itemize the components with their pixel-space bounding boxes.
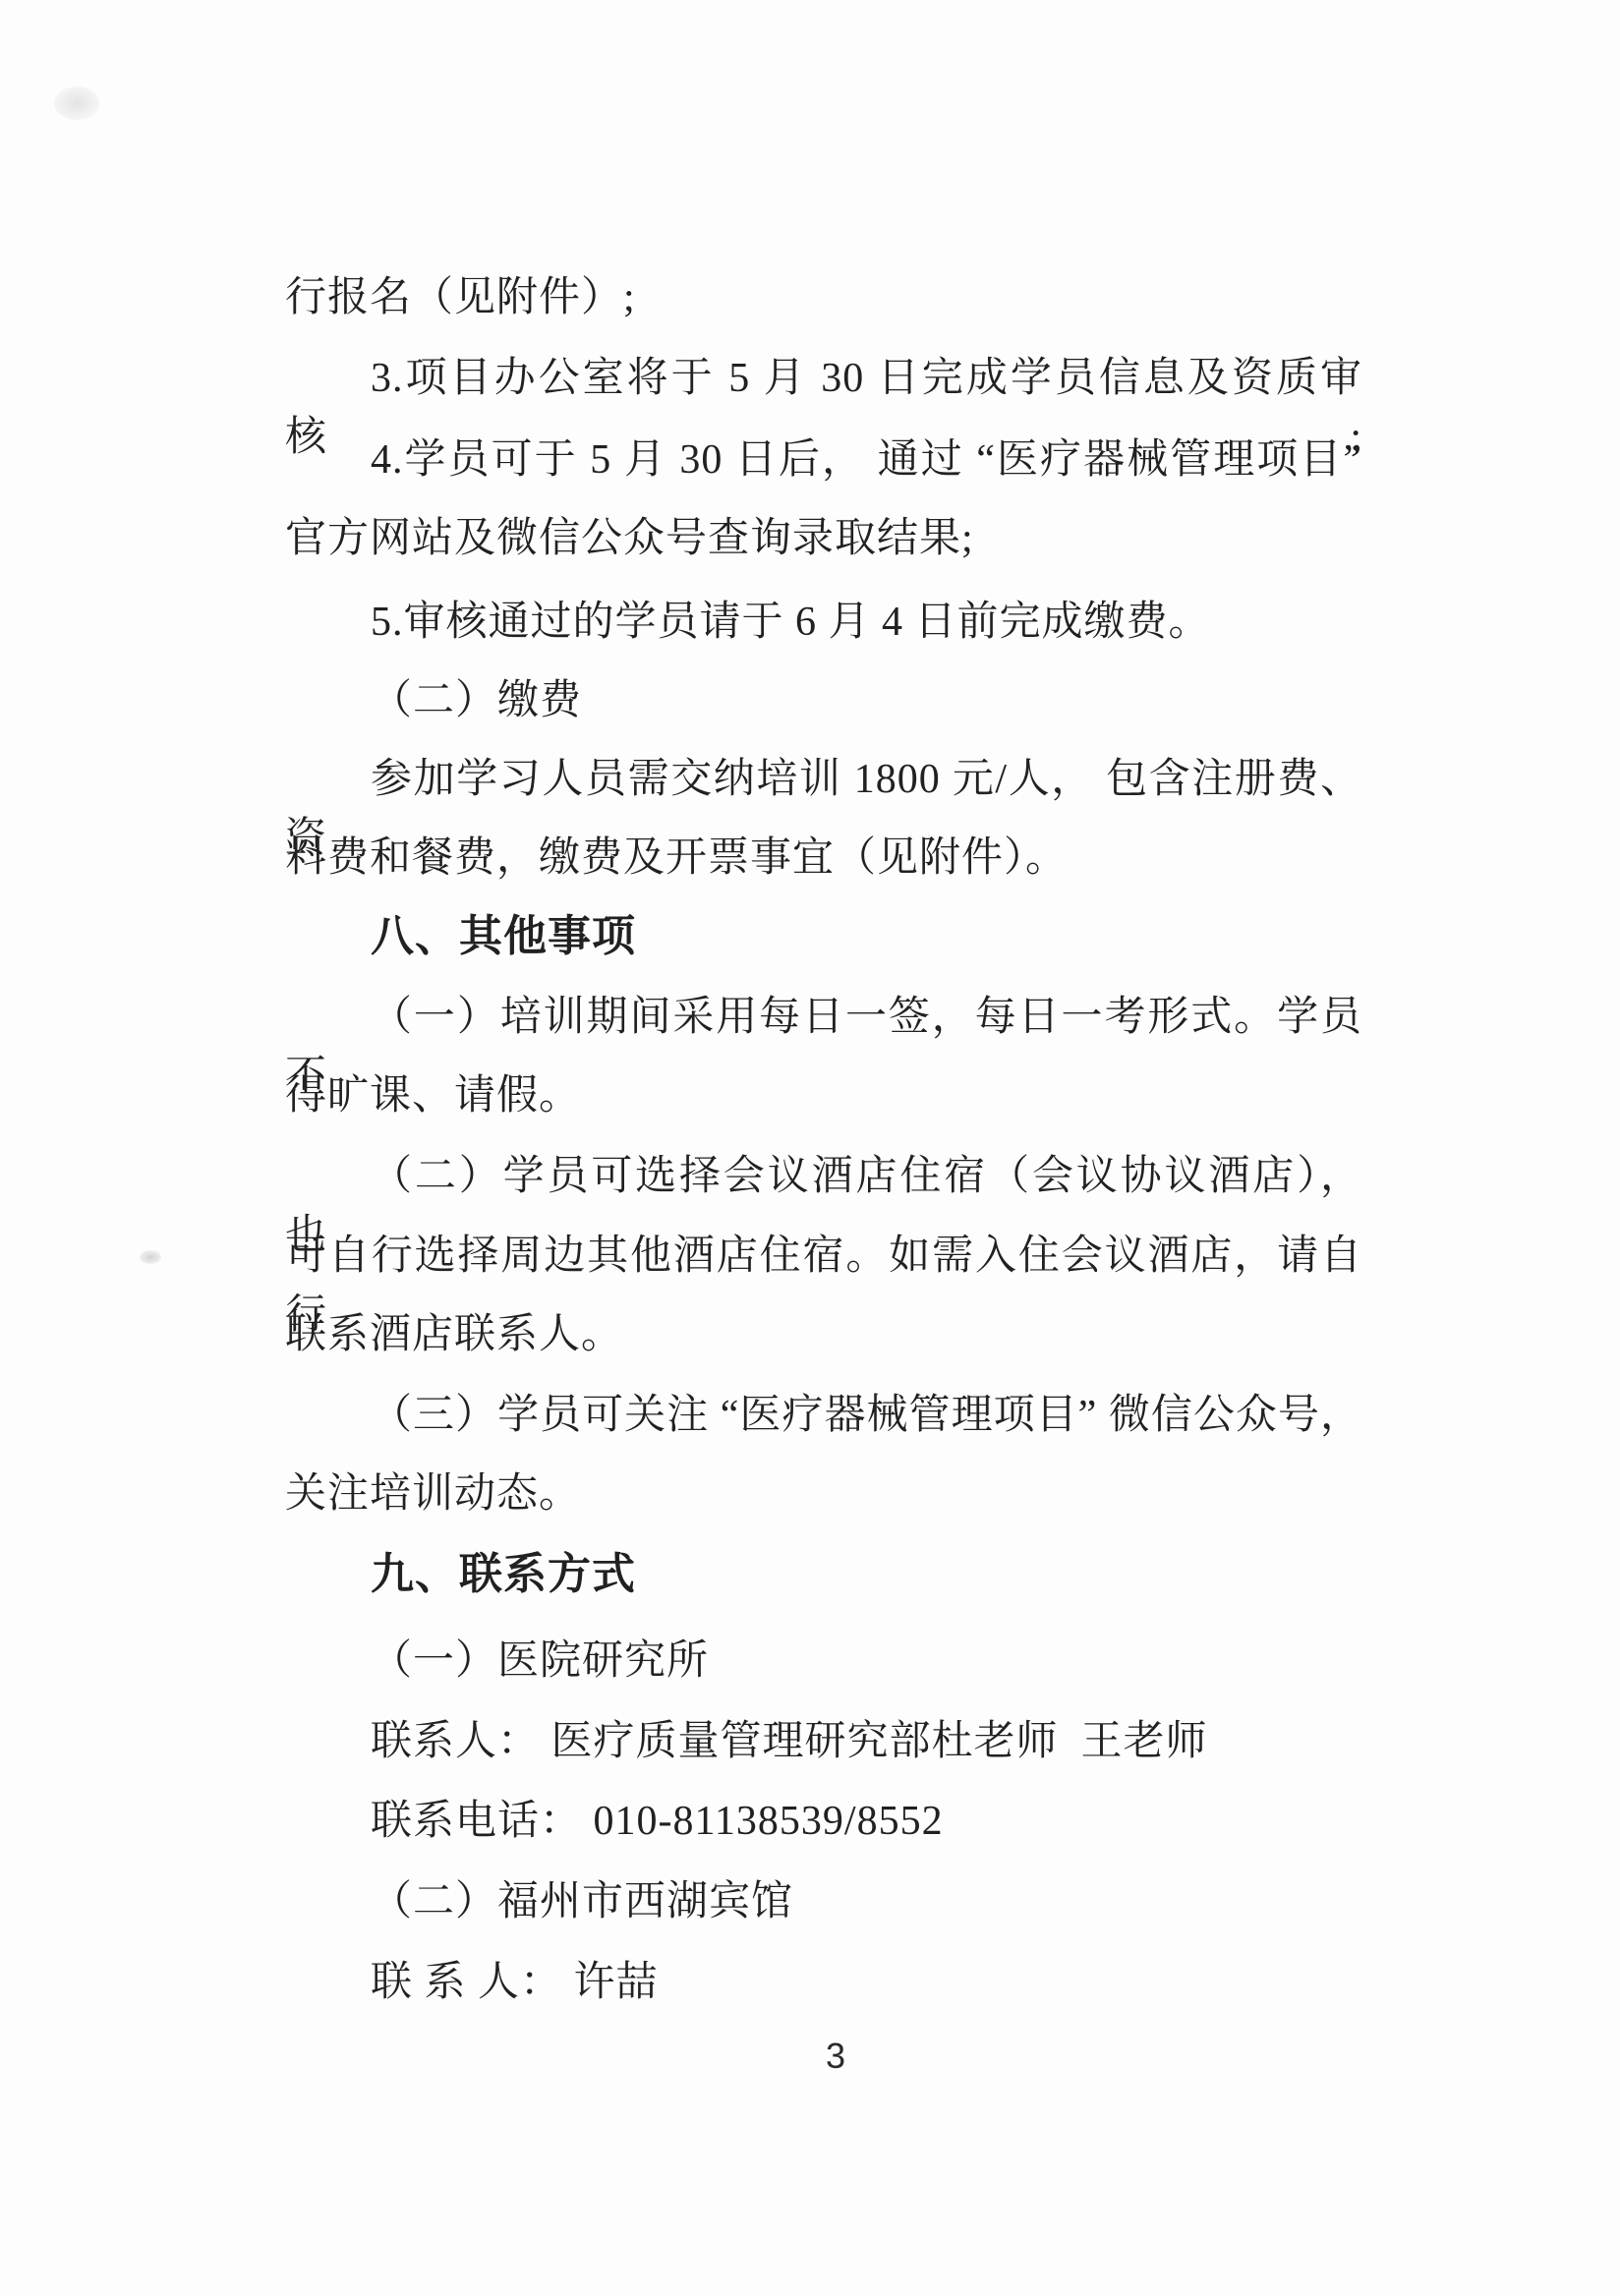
text-line: 关注培训动态。: [285, 1464, 1362, 1523]
contact-phone-line: 联系电话： 010-81138539/8552: [285, 1792, 1362, 1851]
scan-smudge: [54, 86, 99, 120]
contact-person-line: 联系人： 医疗质量管理研究部杜老师 王老师: [285, 1712, 1362, 1771]
text-line: 参加学习人员需交纳培训 1800 元/人， 包含注册费、 资: [285, 750, 1362, 809]
text-line: （三）学员可关注 “医疗器械管理项目” 微信公众号，: [285, 1386, 1362, 1445]
text-line: 官方网站及微信公众号查询录取结果;: [285, 509, 1362, 568]
text-line: 4.学员可于 5 月 30 日后， 通过 “医疗器械管理项目”: [285, 430, 1362, 489]
text-line: 可自行选择周边其他酒店住宿。如需入住会议酒店，请自行: [285, 1227, 1362, 1286]
text-line: 料费和餐费，缴费及开票事宜（见附件）。: [285, 829, 1362, 888]
text-line: 3.项目办公室将于 5 月 30 日完成学员信息及资质审核;: [285, 349, 1362, 408]
subsection-heading: （二）福州市西湖宾馆: [285, 1872, 1362, 1931]
document-page: 行报名（见附件）; 3.项目办公室将于 5 月 30 日完成学员信息及资质审核;…: [0, 0, 1620, 2296]
text-line: 得旷课、请假。: [285, 1066, 1362, 1125]
text-line: （二）学员可选择会议酒店住宿（会议协议酒店）， 也: [285, 1147, 1362, 1206]
text-line: （一）培训期间采用每日一签，每日一考形式。学员不: [285, 988, 1362, 1047]
subsection-heading: （一）医院研究所: [285, 1632, 1362, 1691]
section-heading: 八、其他事项: [285, 907, 1362, 966]
contact-person-line: 联 系 人： 许喆: [285, 1953, 1362, 2012]
text-line: 联系酒店联系人。: [285, 1305, 1362, 1364]
section-heading: 九、联系方式: [285, 1545, 1362, 1604]
scan-smudge: [140, 1250, 161, 1264]
text-line: 行报名（见附件）;: [285, 268, 1362, 327]
page-number: 3: [777, 2027, 895, 2086]
subsection-heading: （二）缴费: [285, 671, 1362, 730]
text-line: 5.审核通过的学员请于 6 月 4 日前完成缴费。: [285, 593, 1362, 652]
